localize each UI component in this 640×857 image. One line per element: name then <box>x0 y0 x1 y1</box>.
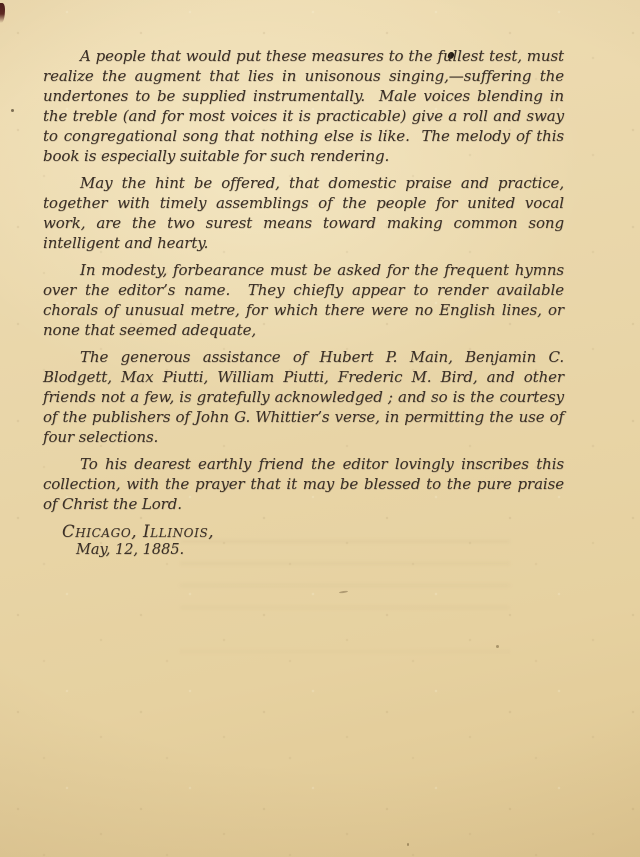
signature-block: Chicago, Illinois, May, 12, 1885. <box>43 522 564 559</box>
preface-text-block: A people that would put these measures t… <box>43 46 564 559</box>
paper-speck <box>407 843 409 846</box>
scanned-book-page: A people that would put these measures t… <box>0 0 640 857</box>
signature-date: May, 12, 1885. <box>76 541 564 559</box>
page-corner-stain <box>0 3 5 23</box>
signature-place: Chicago, Illinois, <box>62 522 564 541</box>
reverse-page-ghosting <box>180 540 510 690</box>
paper-speck <box>496 645 499 648</box>
paper-speck <box>11 109 14 112</box>
preface-paragraph: To his dearest earthly friend the editor… <box>43 454 564 514</box>
preface-paragraph: The generous assistance of Hubert P. Mai… <box>43 347 564 447</box>
preface-paragraph: In modesty, forbearance must be asked fo… <box>43 260 564 340</box>
preface-paragraph: A people that would put these measures t… <box>43 46 564 166</box>
preface-paragraphs: A people that would put these measures t… <box>43 46 564 514</box>
pencil-mark <box>339 590 348 593</box>
preface-paragraph: May the hint be offered, that domestic p… <box>43 173 564 253</box>
